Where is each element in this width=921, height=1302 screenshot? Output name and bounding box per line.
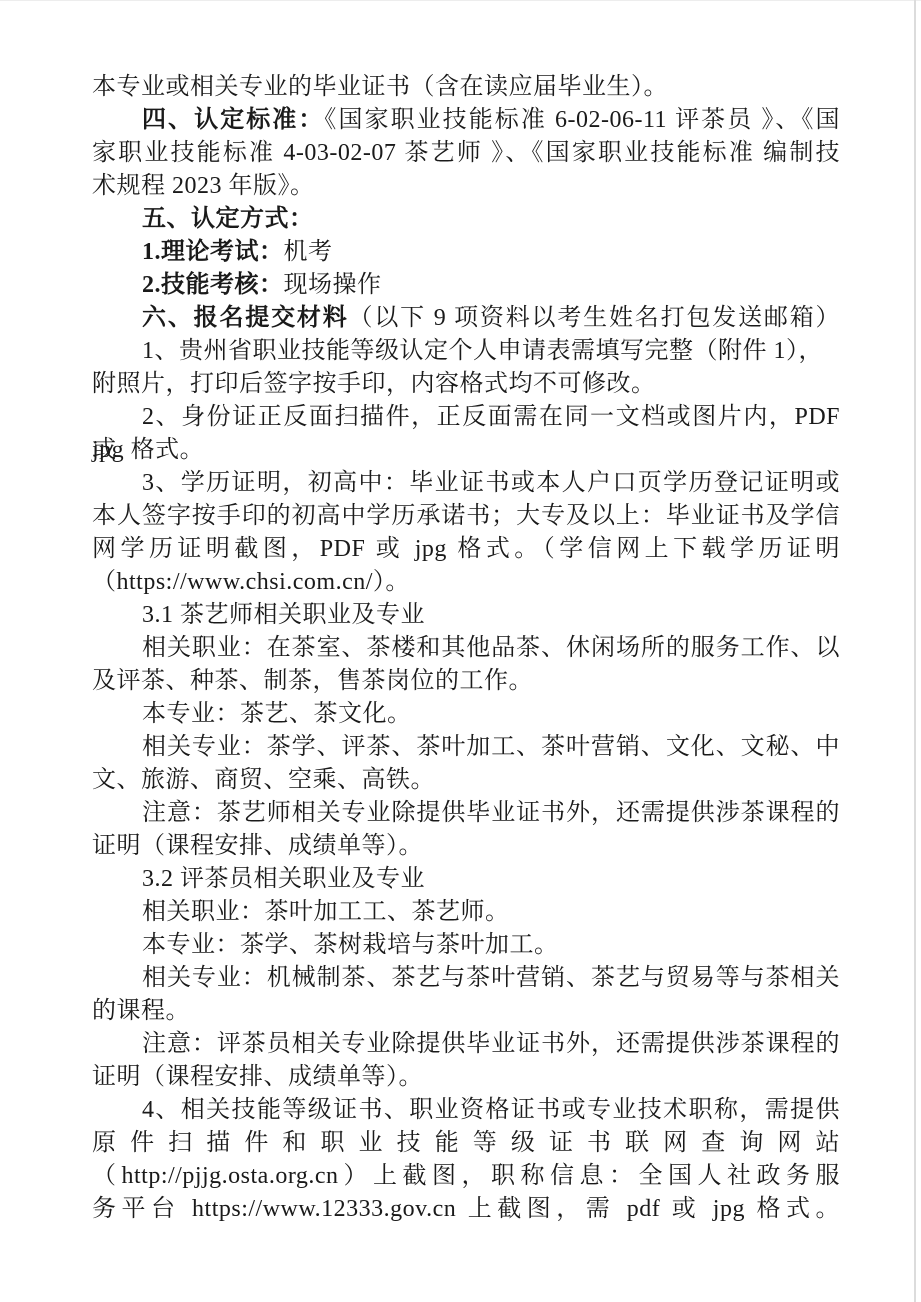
body-text: 证明（课程安排、成绩单等）。 (92, 833, 423, 859)
text-line: 3.2 评茶员相关职业及专业 (92, 863, 840, 896)
body-text: 现场操作 (284, 272, 382, 298)
text-line: 相关职业：在茶室、茶楼和其他品茶、休闲场所的服务工作、以 (92, 632, 840, 665)
body-text: 及评茶、种茶、制茶，售茶岗位的工作。 (92, 668, 533, 694)
body-text: 相关职业：在茶室、茶楼和其他品茶、休闲场所的服务工作、以 (142, 635, 840, 661)
body-text: 3、学历证明，初高中：毕业证书或本人户口页学历登记证明或 (142, 470, 840, 496)
text-line: 附照片，打印后签字按手印，内容格式均不可修改。 (92, 368, 840, 401)
text-line: 本专业：茶学、茶树栽培与茶叶加工。 (92, 929, 840, 962)
body-text: 本专业：茶艺、茶文化。 (142, 701, 412, 727)
scan-edge-top (0, 0, 921, 1)
bold-text: 2.技能考核： (142, 272, 284, 298)
body-text: 注意：茶艺师相关专业除提供毕业证书外，还需提供涉茶课程的 (142, 800, 840, 826)
text-line: 3.1 茶艺师相关职业及专业 (92, 599, 840, 632)
text-line: 1.理论考试：机考 (92, 236, 840, 269)
bold-text: 五、认定方式： (142, 206, 314, 232)
text-line: 本专业：茶艺、茶文化。 (92, 698, 840, 731)
body-text: （http://pjjg.osta.org.cn）上截图，职称信息：全国人社政务… (92, 1163, 840, 1189)
body-text: （https://www.chsi.com.cn/）。 (92, 569, 410, 595)
text-line: 及评茶、种茶、制茶，售茶岗位的工作。 (92, 665, 840, 698)
text-line: 家职业技能标准 4-03-02-07 茶艺师 》、《国家职业技能标准 编制技 (92, 137, 840, 170)
document-body: 本专业或相关专业的毕业证书（含在读应届毕业生）。四、认定标准：《国家职业技能标准… (92, 71, 840, 1226)
document-page: 本专业或相关专业的毕业证书（含在读应届毕业生）。四、认定标准：《国家职业技能标准… (0, 0, 921, 1302)
body-text: jpg 格式。 (92, 437, 204, 463)
body-text: 术规程 2023 年版》。 (92, 173, 315, 199)
text-line: 3、学历证明，初高中：毕业证书或本人户口页学历登记证明或 (92, 467, 840, 500)
body-text: （以下 9 项资料以考生姓名打包发送邮箱） (349, 305, 840, 331)
text-line: 相关专业：机械制茶、茶艺与茶叶营销、茶艺与贸易等与茶相关 (92, 962, 840, 995)
body-text: 家职业技能标准 4-03-02-07 茶艺师 》、《国家职业技能标准 编制技 (92, 140, 840, 166)
body-text: 相关专业：机械制茶、茶艺与茶叶营销、茶艺与贸易等与茶相关 (142, 965, 840, 991)
text-line: 原 件 扫 描 件 和 职 业 技 能 等 级 证 书 联 网 查 询 网 站 (92, 1127, 840, 1160)
text-line: 注意：茶艺师相关专业除提供毕业证书外，还需提供涉茶课程的 (92, 797, 840, 830)
body-text: 3.2 评茶员相关职业及专业 (142, 866, 425, 892)
body-text: 附照片，打印后签字按手印，内容格式均不可修改。 (92, 371, 656, 397)
text-line: 相关专业：茶学、评茶、茶叶加工、茶叶营销、文化、文秘、中 (92, 731, 840, 764)
text-line: 1、贵州省职业技能等级认定个人申请表需填写完整（附件 1）， (92, 335, 840, 368)
body-text: 原 件 扫 描 件 和 职 业 技 能 等 级 证 书 联 网 查 询 网 站 (92, 1130, 840, 1156)
text-line: 五、认定方式： (92, 203, 840, 236)
body-text: 相关职业：茶叶加工工、茶艺师。 (142, 899, 510, 925)
text-line: 证明（课程安排、成绩单等）。 (92, 830, 840, 863)
text-line: 文、旅游、商贸、空乘、高铁。 (92, 764, 840, 797)
body-text: 本专业或相关专业的毕业证书（含在读应届毕业生）。 (92, 74, 668, 100)
body-text: 网学历证明截图，PDF 或 jpg 格式。（学信网上下载学历证明 (92, 536, 840, 562)
text-line: 相关职业：茶叶加工工、茶艺师。 (92, 896, 840, 929)
text-line: 证明（课程安排、成绩单等）。 (92, 1061, 840, 1094)
text-line: 的课程。 (92, 995, 840, 1028)
body-text: 文、旅游、商贸、空乘、高铁。 (92, 767, 435, 793)
body-text: 1、贵州省职业技能等级认定个人申请表需填写完整（附件 1）， (142, 338, 823, 364)
text-line: 本人签字按手印的初高中学历承诺书；大专及以上：毕业证书及学信 (92, 500, 840, 533)
text-line: 网学历证明截图，PDF 或 jpg 格式。（学信网上下载学历证明 (92, 533, 840, 566)
text-line: 4、相关技能等级证书、职业资格证书或专业技术职称，需提供 (92, 1094, 840, 1127)
text-line: （https://www.chsi.com.cn/）。 (92, 566, 840, 599)
body-text: 机考 (284, 239, 333, 265)
scan-edge-right (914, 0, 916, 1302)
text-line: 务平台 https://www.12333.gov.cn 上截图，需 pdf 或… (92, 1193, 840, 1226)
body-text: 注意：评茶员相关专业除提供毕业证书外，还需提供涉茶课程的 (142, 1031, 840, 1057)
body-text: 证明（课程安排、成绩单等）。 (92, 1064, 423, 1090)
text-line: （http://pjjg.osta.org.cn）上截图，职称信息：全国人社政务… (92, 1160, 840, 1193)
bold-text: 六、报名提交材料 (142, 305, 349, 331)
text-line: 六、报名提交材料（以下 9 项资料以考生姓名打包发送邮箱） (92, 302, 840, 335)
text-line: 2、身份证正反面扫描件，正反面需在同一文档或图片内，PDF 或 (92, 401, 840, 434)
body-text: 本人签字按手印的初高中学历承诺书；大专及以上：毕业证书及学信 (92, 503, 840, 529)
text-line: 注意：评茶员相关专业除提供毕业证书外，还需提供涉茶课程的 (92, 1028, 840, 1061)
bold-text: 1.理论考试： (142, 239, 284, 265)
text-line: 本专业或相关专业的毕业证书（含在读应届毕业生）。 (92, 71, 840, 104)
text-line: 四、认定标准：《国家职业技能标准 6-02-06-11 评茶员 》、《国 (92, 104, 840, 137)
body-text: 4、相关技能等级证书、职业资格证书或专业技术职称，需提供 (142, 1097, 840, 1123)
text-line: jpg 格式。 (92, 434, 840, 467)
bold-text: 四、认定标准： (142, 107, 324, 133)
body-text: 本专业：茶学、茶树栽培与茶叶加工。 (142, 932, 559, 958)
body-text: 《国家职业技能标准 6-02-06-11 评茶员 》、《国 (324, 107, 840, 133)
body-text: 的课程。 (92, 998, 190, 1024)
body-text: 相关专业：茶学、评茶、茶叶加工、茶叶营销、文化、文秘、中 (142, 734, 840, 760)
body-text: 3.1 茶艺师相关职业及专业 (142, 602, 425, 628)
text-line: 术规程 2023 年版》。 (92, 170, 840, 203)
body-text: 务平台 https://www.12333.gov.cn 上截图，需 pdf 或… (92, 1196, 840, 1222)
text-line: 2.技能考核：现场操作 (92, 269, 840, 302)
